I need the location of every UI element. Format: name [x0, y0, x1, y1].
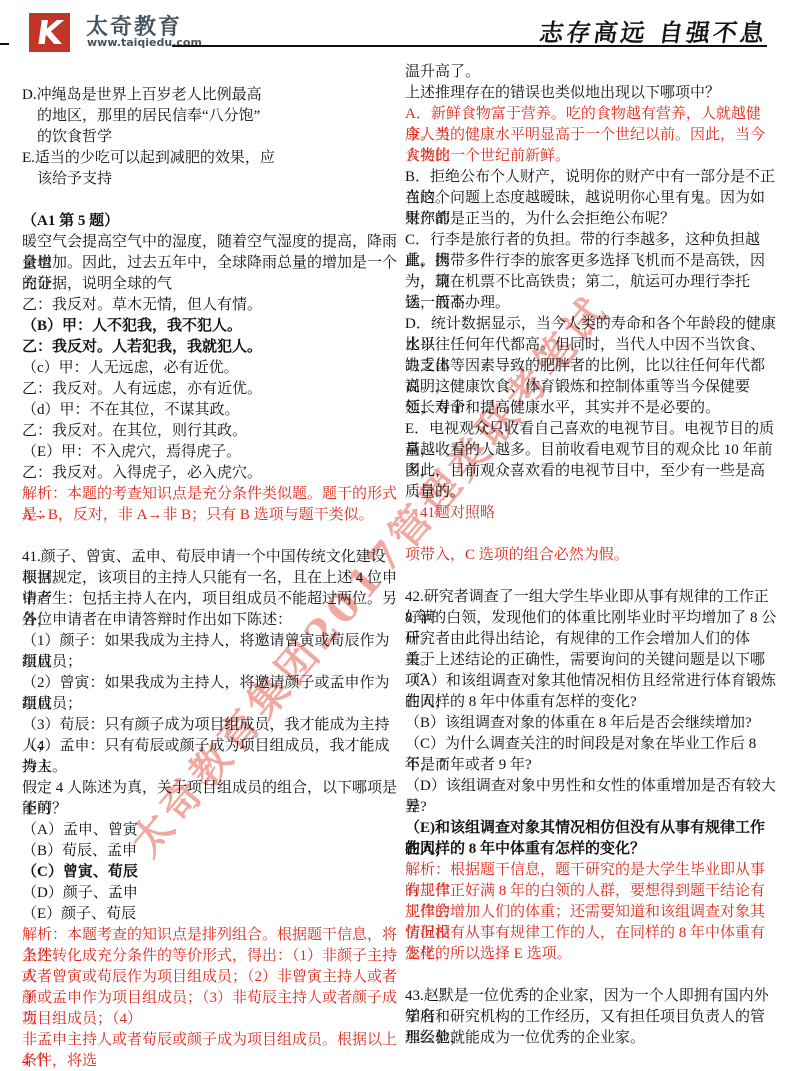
text-line: （c）甲：人无远虑，必有近优。 — [22, 358, 397, 379]
text-line: 铁一般不办理。 — [405, 293, 777, 314]
text-line: 说明，健康饮食、体育锻炼和控制体重等当今保健要领，对于 — [405, 377, 777, 398]
text-line: 组成员； — [22, 694, 397, 715]
text-line: （E)和该组调查对象其情况相仿但没有从事有规律工作的人， — [405, 818, 777, 839]
text-line: 延长寿命和提高健康水平，其实并不是必要的。 — [405, 398, 777, 419]
text-line: 上述推理存在的错误也类似地出现以下哪项中？ — [405, 83, 777, 104]
text-line: 乙：我反对。人若犯我，我就犯人。 — [22, 337, 397, 358]
text-line: 暖空气会提高空气中的湿度，随着空气湿度的提高，降雨量也 — [22, 232, 397, 253]
text-line: 组成员； — [22, 652, 397, 673]
text-line: 中产生：包括主持人在内，项目组成员不能超过两位。另外， — [22, 589, 397, 610]
text-line: 不是 7 年或者 9 年? — [405, 755, 777, 776]
text-line: 今人类的健康水平明显高于一个世纪以前。因此，当今人类的 — [405, 125, 777, 146]
text-line: A→B，反对，非 A→非 B；只有 B 选项与题干类似。 — [22, 505, 397, 526]
logo-k-icon: K — [34, 16, 64, 49]
text-line: 8 年的白领，发现他们的体重比刚毕业时平均增加了 8 公斤。 — [405, 608, 777, 629]
text-line: 乙：我反对。人有远虑，亦有近优。 — [22, 379, 397, 400]
text-line: 42.研究者调查了一组大学生毕业即从事有规律的工作正好满 — [405, 587, 777, 608]
text-line: A．新鲜食物富于营养。吃的食物越有营养，人就越健康。当 — [405, 104, 777, 125]
text-line: 食物比一个世纪前新鲜。 — [405, 146, 777, 167]
text-line: （C）为什么调查关注的时间段是对象在毕业工作后 8 年，而 — [405, 734, 777, 755]
text-line: 此，携带多件行李的旅客更多选择飞机而不是高铁，因为，第 — [405, 251, 777, 272]
text-line — [405, 524, 777, 545]
text-line: 或者曾寅或荀辰作为项目组成员；（2）非曾寅主持人或者颜 — [22, 967, 397, 988]
text-line: （E）甲：不入虎穴，焉得虎子。 — [22, 442, 397, 463]
text-line: 关于上述结论的正确性，需要询问的关键问题是以下哪项？ — [405, 650, 777, 671]
text-line: （4）孟申：只有荀辰或颜子成为项目组成员，我才能成为主 — [22, 736, 397, 757]
text-line: B．拒绝公布个人财产，说明你的财产中有一部分是不正当的。 — [405, 167, 777, 188]
text-line: 41.颜子、曾寅、孟申、荀辰申请一个中国传统文化建设项目。 — [22, 547, 397, 568]
text-line: 解析：本题的考查知识点是充分条件类似题。题干的形式是： — [22, 484, 397, 505]
text-line: （3）荀辰：只有颜子成为项目组成员，我才能成为主持人； — [22, 715, 397, 736]
text-line: 高，收看的人越多。目前收看电观节目的观众比 10 年前多， — [405, 440, 777, 461]
text-line: 41题对照略 — [405, 503, 777, 524]
text-line: 根据规定，该项目的主持人只能有一名，且在上述 4 位申请者 — [22, 568, 397, 589]
text-line — [405, 566, 777, 587]
text-line: 43.赵默是一位优秀的企业家，因为一个人即拥有国内外知名 — [405, 986, 777, 1007]
text-line: 研究者由此得出结论，有规律的工作会增加人们的体重。 — [405, 629, 777, 650]
text-line: 的地区，那里的居民信奉“八分饱” — [22, 106, 397, 127]
text-line: D．统计数据显示，当今人类的寿命和各个年龄段的健康水平 — [405, 314, 777, 335]
text-line: （B）甲：人不犯我，我不犯人。 — [22, 316, 397, 337]
text-line: 各位申请者在申请答辩时作出如下陈述： — [22, 610, 397, 631]
text-line: 子或孟申作为项目组成员；（3）非荀辰主持人或者颜子成为 — [22, 988, 397, 1009]
text-line: 乙：我反对。在其位，则行其政。 — [22, 421, 397, 442]
text-line: E．电视观众只收看自己喜欢的电视节目。电视节目的质量越 — [405, 419, 777, 440]
text-line: （A）孟申、曾寅 — [22, 820, 397, 841]
taiqi-logo: K — [29, 13, 70, 52]
text-line: （B）该组调查对象的体重在 8 年后是否会继续增加? — [405, 713, 777, 734]
text-line: C．行李是旅行者的负担。带的行李越多，这种负担越重。因 — [405, 230, 777, 251]
text-line — [22, 526, 397, 547]
text-line: 假定 4 人陈述为真，关于项目组成员的组合，以下哪项是不可 — [22, 778, 397, 799]
text-line: 一，现在机票不比高铁贵；第二，航运可办理行李托运，而高 — [405, 272, 777, 293]
text-line: （2）曾寅：如果我成为主持人，将邀请颜子或孟申作为项目 — [22, 673, 397, 694]
text-line: （A1 第 5 题） — [22, 211, 397, 232]
text-line: 温升高了。 — [405, 62, 777, 83]
text-line: 会增加。因此，过去五年中，全球降雨总量的增加是一个充分 — [22, 253, 397, 274]
text-line: 财产都是正当的，为什么会拒绝公布呢？ — [405, 209, 777, 230]
text-line — [405, 965, 777, 986]
text-line: 在同样的 8 年中体重有怎样的变化? — [405, 692, 777, 713]
text-line: 条件转化成充分条件的等价形式，得出：（1）非颜子主持人 — [22, 946, 397, 967]
text-line: 的证据，说明全球的气 — [22, 274, 397, 295]
text-line: 在这个问题上态度越暧昧，越说明你心里有鬼。因为如果你的 — [405, 188, 777, 209]
text-line: 变化，所以选择 E 选项。 — [405, 944, 777, 965]
text-line: 条件，将选 — [22, 1051, 397, 1071]
text-line: 在同样的 8 年中体重有怎样的变化？ — [405, 839, 777, 860]
text-line: 乙：我反对。草木无情，但人有情。 — [22, 295, 397, 316]
document-page: K 太奇教育 www.taiqiedu.com 志存高远 自强不息 太奇教育集团… — [0, 0, 793, 1071]
text-line: 学府和研究机构的工作经历，又有担任项目负责人的管理经验， — [405, 1007, 777, 1028]
text-line — [22, 190, 397, 211]
text-line: 异? — [405, 797, 777, 818]
margin-dash — [0, 43, 9, 45]
text-line: 持人。 — [22, 757, 397, 778]
right-column: 温升高了。上述推理存在的错误也类似地出现以下哪项中？A．新鲜食物富于营养。吃的食… — [405, 62, 777, 1049]
text-line: 项目组成员；（4） — [22, 1009, 397, 1030]
text-line: （D）该组调查对象中男性和女性的体重增加是否有较大差 — [405, 776, 777, 797]
text-line: （A）和该组调查对象其他情况相仿且经常进行体育锻炼的人， — [405, 671, 777, 692]
text-line: 能的？ — [22, 799, 397, 820]
text-line: 那么他就能成为一位优秀的企业家。 — [405, 1028, 777, 1049]
text-line: 的工作正好满 8 年的白领的人群，要想得到题干结论有规律的 — [405, 881, 777, 902]
text-line: 的饮食哲学 — [22, 127, 397, 148]
page-header: K 太奇教育 www.taiqiedu.com 志存高远 自强不息 — [0, 0, 793, 60]
text-line: 因此，目前观众喜欢看的电视节目中，至少有一些是高质量的。 — [405, 461, 777, 482]
text-line: 仿但没有从事有规律工作的人，在同样的 8 年中体重有怎样的 — [405, 923, 777, 944]
brand-website: www.taiqiedu.com — [87, 36, 202, 49]
text-line: （B）荀辰、孟申 — [22, 841, 397, 862]
text-line: 非孟申主持人或者荀辰或颜子成为项目组成员。根据以上 4 个 — [22, 1030, 397, 1051]
text-line: 乙：我反对。入得虎子，必入虎穴。 — [22, 463, 397, 484]
text-line: （E）颜子、荀辰 — [22, 904, 397, 925]
text-line: 解析：本题考查的知识点是排列组合。根据题干信息，将上述 — [22, 925, 397, 946]
text-line: 比以往任何年代都高。但同时，当代人中因不当饮食、缺乏体 — [405, 335, 777, 356]
text-line: 项带入，C 选项的组合必然为假。 — [405, 545, 777, 566]
text-line: 力支出等因素导致的肥胖者的比例，比以往任何年代都高。这 — [405, 356, 777, 377]
text-line: （1）颜子：如果我成为主持人，将邀请曾寅或荀辰作为项目 — [22, 631, 397, 652]
text-line: （D）颜子、孟申 — [22, 883, 397, 904]
text-line: E.适当的少吃可以起到减肥的效果，应 — [22, 148, 397, 169]
left-column: D.冲绳岛是世界上百岁老人比例最高的地区，那里的居民信奉“八分饱”的饮食哲学E.… — [22, 85, 397, 1071]
text-line: 工作会增加人们的体重；还需要知道和该组调查对象其情况相 — [405, 902, 777, 923]
slogan-calligraphy: 志存高远 自强不息 — [537, 13, 769, 48]
text-line: （C）曾寅、荀辰 — [22, 862, 397, 883]
text-line: 解析：根据题干信息，题干研究的是大学生毕业即从事有规律 — [405, 860, 777, 881]
text-line: D.冲绳岛是世界上百岁老人比例最高 — [22, 85, 397, 106]
text-line: 该给予支持 — [22, 169, 397, 190]
text-line: （d）甲：不在其位，不谋其政。 — [22, 400, 397, 421]
